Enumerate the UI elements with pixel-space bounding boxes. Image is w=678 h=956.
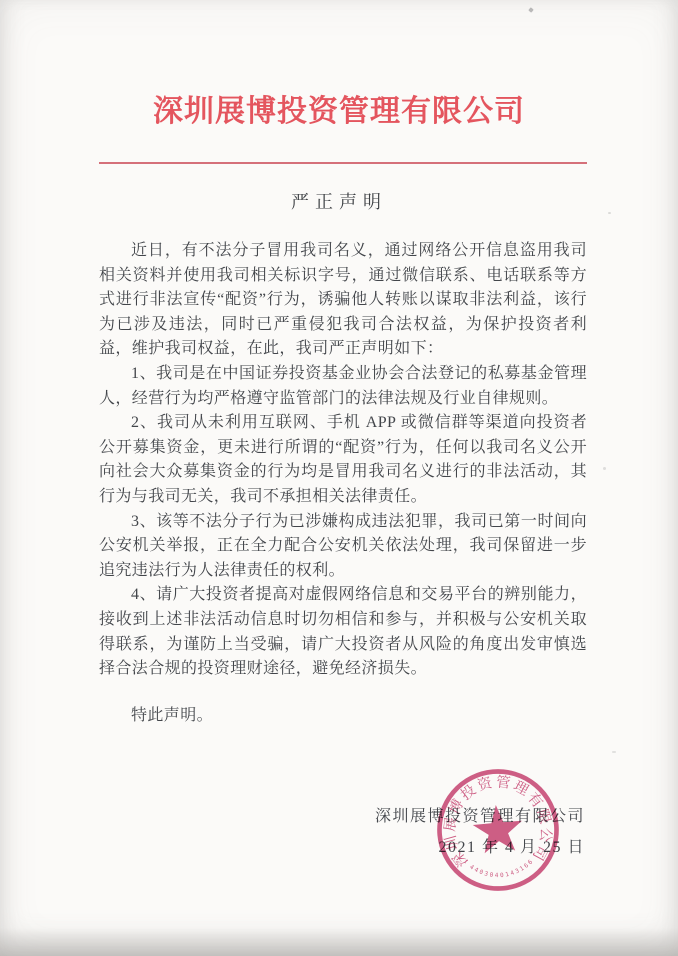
closing-statement: 特此声明。: [99, 704, 587, 729]
statement-title: 严正声明: [0, 188, 678, 214]
paragraph-item-4: 4、请广大投资者提高对虚假网络信息和交易平台的辨别能力，接收到上述非法活动信息时…: [99, 583, 587, 681]
paragraph-intro: 近日，有不法分子冒用我司名义，通过网络公开信息盗用我司相关资料并使用我司相关标识…: [99, 239, 587, 362]
scan-speck: [612, 751, 616, 753]
paragraph-item-2: 2、我司从未利用互联网、手机 APP 或微信群等渠道向投资者公开募集资金，更未进…: [99, 411, 587, 509]
scan-edge-shadow: [0, 928, 678, 956]
seal-star-icon: [471, 803, 524, 854]
paragraph-item-3: 3、该等不法分子行为已涉嫌构成违法犯罪，我司已第一时间向公安机关举报，正在全力配…: [99, 510, 587, 584]
scan-speck: [608, 212, 611, 214]
letterhead-divider: [99, 162, 587, 164]
scan-speck: [603, 467, 606, 470]
statement-body: 近日，有不法分子冒用我司名义，通过网络公开信息盗用我司相关资料并使用我司相关标识…: [99, 239, 587, 728]
paragraph-item-1: 1、我司是在中国证券投资基金业协会合法登记的私募基金管理人，经营行为均严格遵守监…: [99, 362, 587, 411]
seal-number: 4403040143166: [468, 857, 537, 882]
document-page: 深圳展博投资管理有限公司 严正声明 近日，有不法分子冒用我司名义，通过网络公开信…: [0, 0, 678, 956]
company-seal-stamp: 深圳展博投资管理有限公司 4403040143166: [428, 760, 569, 901]
letterhead-company-name: 深圳展博投资管理有限公司: [0, 86, 678, 130]
scan-speck: [528, 7, 534, 13]
